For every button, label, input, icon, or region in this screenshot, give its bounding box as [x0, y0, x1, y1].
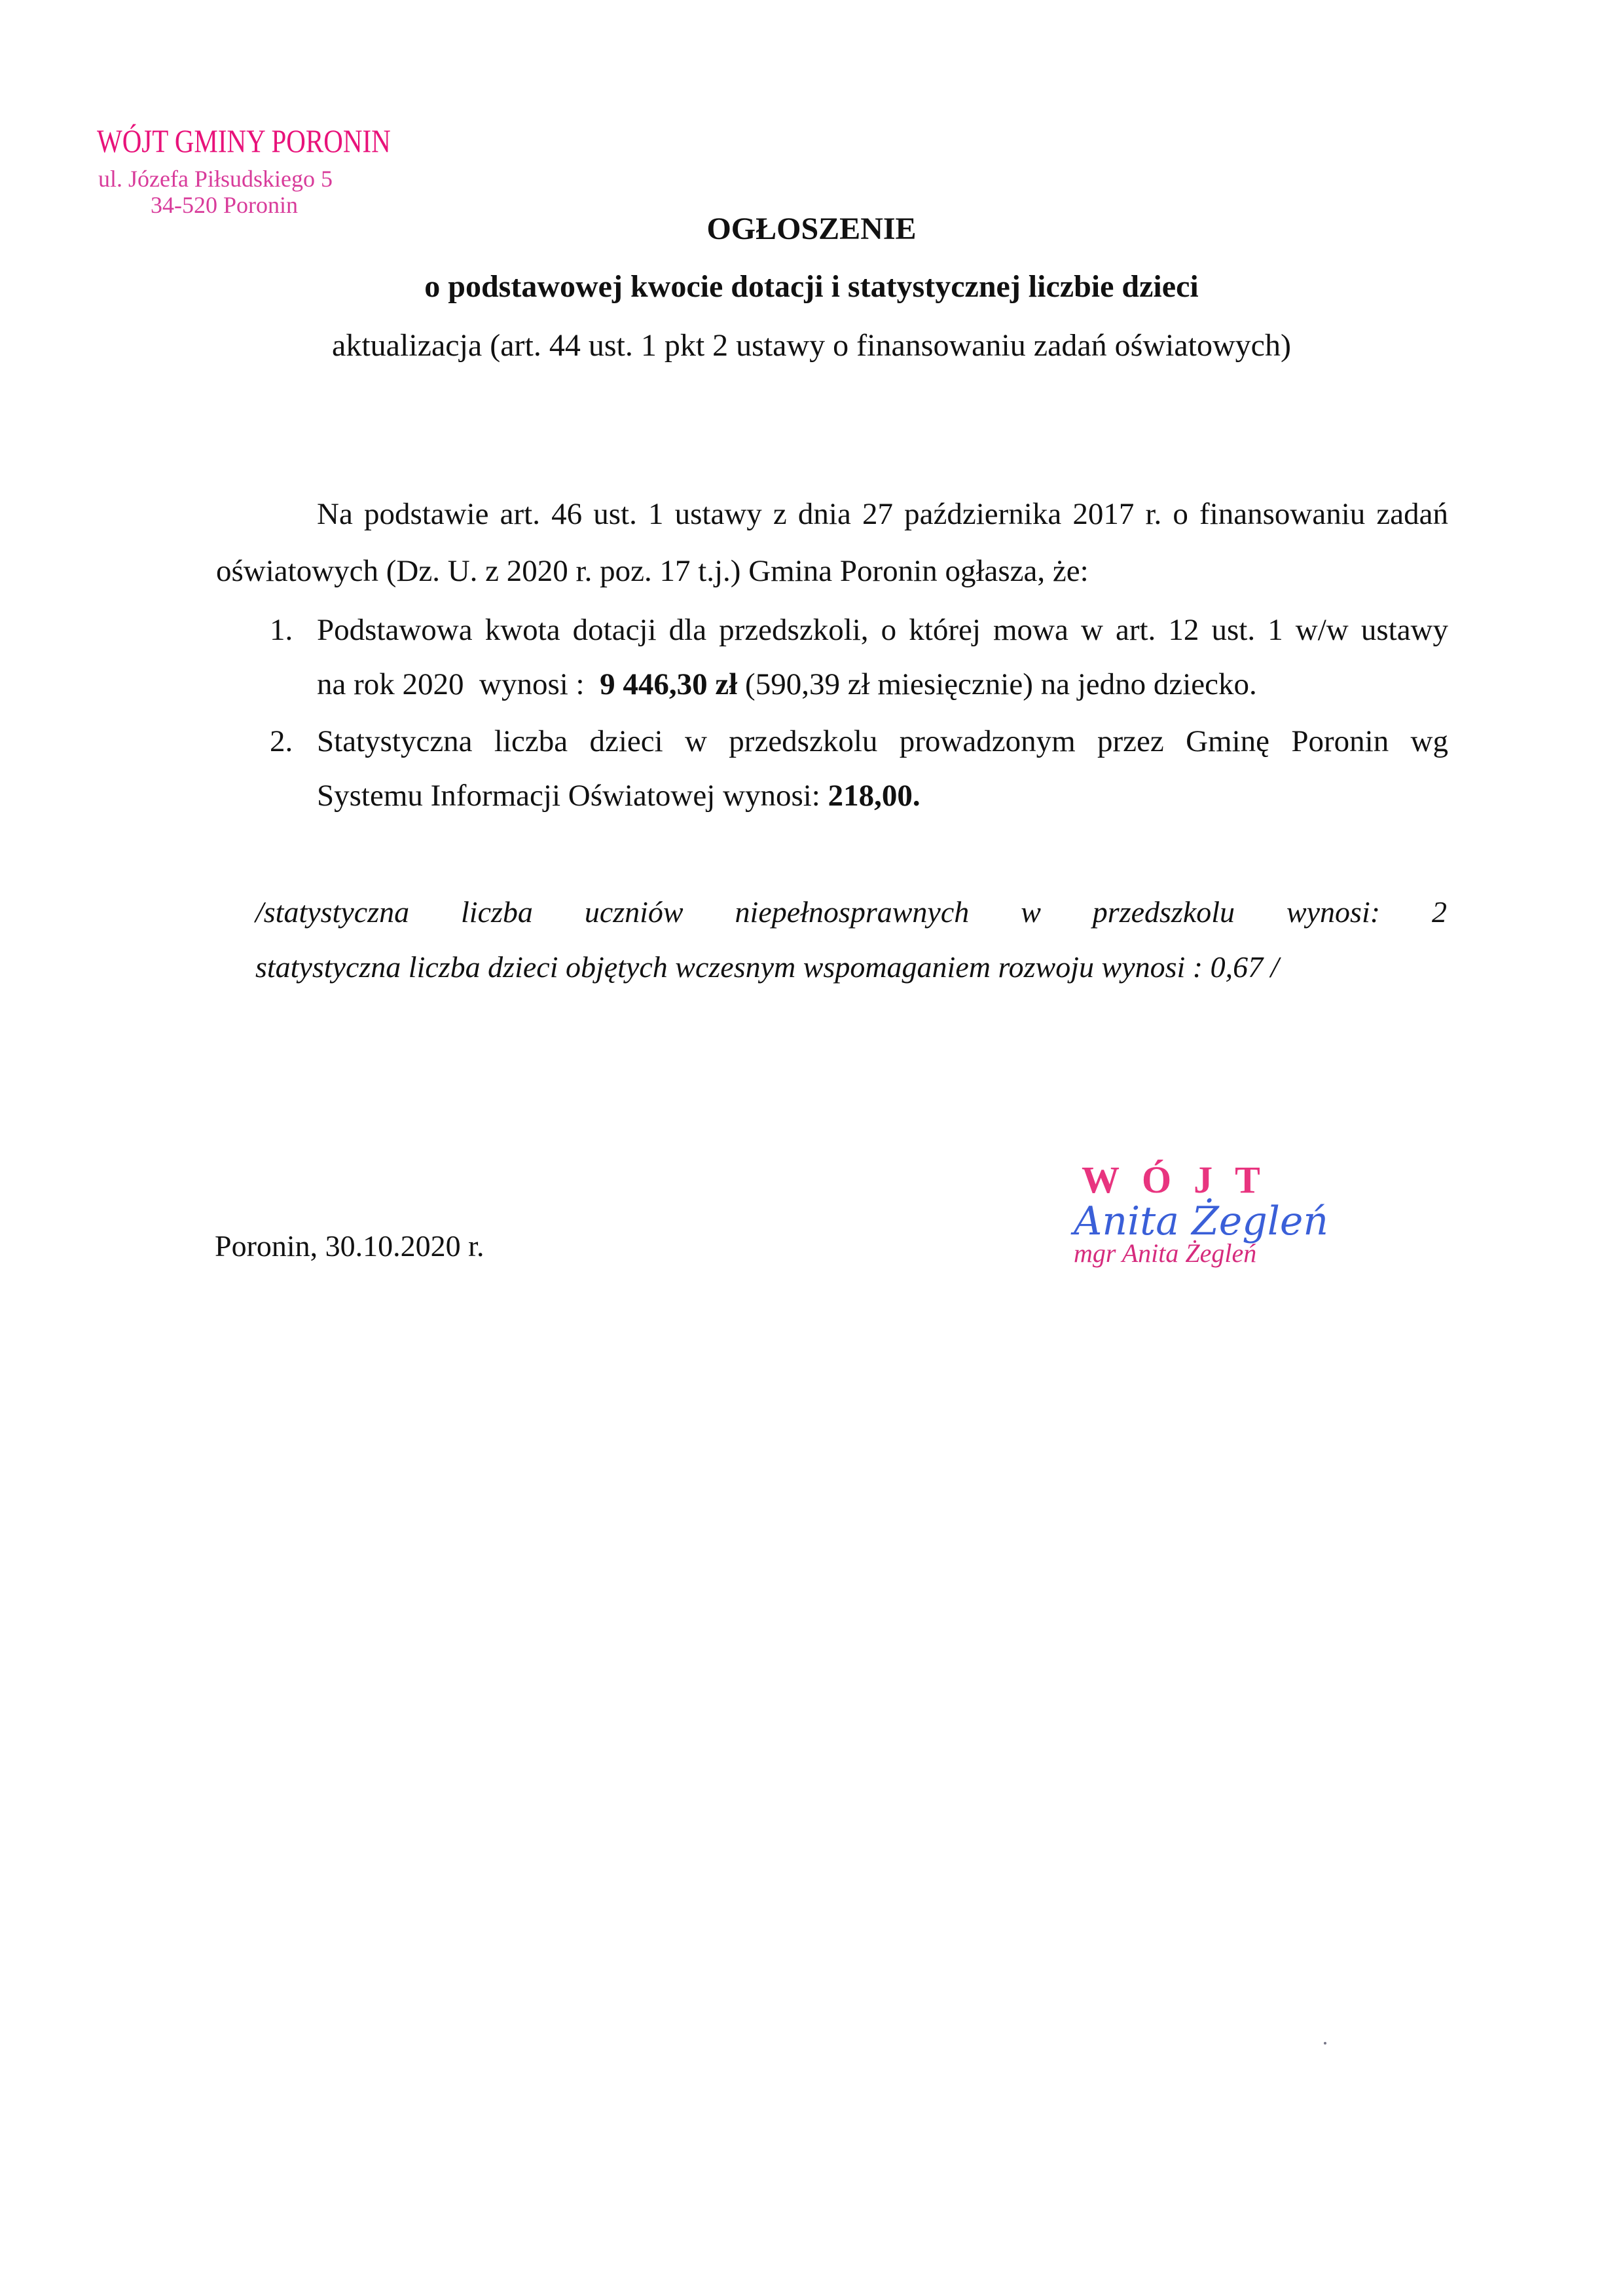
list-item-1-suffix: (590,39 zł miesięcznie) na jedno dziecko…	[737, 667, 1256, 701]
intro-paragraph-line-2: oświatowych (Dz. U. z 2020 r. poz. 17 t.…	[216, 553, 1089, 589]
list-item-number: 2.	[270, 724, 293, 759]
list-item-2-line-2: Systemu Informacji Oświatowej wynosi: 21…	[317, 778, 921, 813]
list-item-2-line-1: Statystyczna liczba dzieci w przedszkolu…	[317, 724, 1448, 759]
signature-stamp-name: mgr Anita Żegleń	[1074, 1238, 1256, 1268]
place-and-date: Poronin, 30.10.2020 r.	[215, 1229, 484, 1263]
list-item-number: 1.	[270, 612, 293, 648]
office-stamp-title: WÓJT GMINY PORONIN	[97, 122, 391, 160]
office-stamp-address: ul. Józefa Piłsudskiego 5	[98, 165, 333, 193]
list-item-1-line-1: Podstawowa kwota dotacji dla przedszkoli…	[317, 612, 1448, 648]
document-subtitle: o podstawowej kwocie dotacji i statystyc…	[0, 268, 1623, 305]
subsidy-amount: 9 446,30 zł	[600, 667, 737, 701]
list-item-1-line-2: na rok 2020 wynosi : 9 446,30 zł (590,39…	[317, 667, 1257, 702]
scan-speck	[1324, 2042, 1326, 2045]
note-line-2: statystyczna liczba dzieci objętych wcze…	[255, 950, 1279, 984]
update-note: aktualizacja (art. 44 ust. 1 pkt 2 ustaw…	[0, 327, 1623, 363]
signature-stamp-title: WÓJT	[1082, 1158, 1283, 1202]
note-line-1: /statystyczna liczba uczniów niepełnospr…	[255, 895, 1447, 929]
document-title: OGŁOSZENIE	[0, 211, 1623, 247]
child-count: 218,00.	[828, 779, 921, 813]
list-item-1-prefix: na rok 2020 wynosi :	[317, 667, 600, 701]
list-item-2-prefix: Systemu Informacji Oświatowej wynosi:	[317, 779, 828, 813]
intro-paragraph-line-1: Na podstawie art. 46 ust. 1 ustawy z dni…	[317, 496, 1448, 532]
